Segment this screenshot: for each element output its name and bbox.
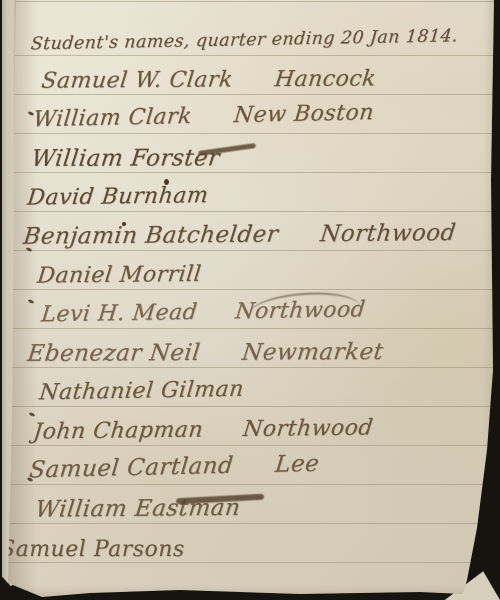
town-name: Northwood	[319, 220, 458, 247]
student-row: William Clark New Boston	[0, 88, 473, 133]
student-row: Samuel W. Clark Hancock	[0, 56, 474, 94]
student-row: Samuel Cartland Lee	[0, 438, 473, 484]
student-name: Samuel W. Clark	[40, 67, 234, 93]
manuscript-page: Student's names, quarter ending 20 Jan 1…	[0, 0, 500, 600]
town-name: Northwood	[242, 415, 375, 442]
student-row: William Forster	[0, 135, 474, 172]
student-row: Benjamin Batchelder Northwood	[0, 211, 474, 250]
town-name: Lee	[274, 451, 321, 478]
student-name: David Burnham	[26, 183, 210, 211]
student-name: Benjamin Batchelder	[22, 222, 280, 250]
town-name: Hancock	[273, 66, 377, 92]
student-name: Samuel Cartland	[28, 453, 235, 484]
student-name: Daniel Morrill	[36, 262, 203, 289]
student-name: John Chapman	[32, 417, 205, 444]
student-name: William Clark	[32, 104, 193, 132]
student-row: Levi H. Mead Northwood	[0, 286, 474, 328]
student-row: Daniel Morrill	[0, 249, 474, 289]
page-heading: Student's names, quarter ending 20 Jan 1…	[0, 7, 473, 55]
student-row: Ebenezar Neil Newmarket	[0, 330, 474, 367]
student-row: Nathaniel Gilman	[0, 363, 474, 406]
town-name: Newmarket	[241, 339, 385, 366]
student-name: Levi H. Mead	[40, 300, 199, 327]
ink-dot	[164, 179, 169, 185]
ink-dot	[122, 222, 126, 226]
town-name: New Boston	[233, 100, 376, 128]
student-name: Samuel Parsons	[0, 537, 185, 562]
student-row: David Burnham	[0, 169, 474, 211]
manuscript-photo: Student's names, quarter ending 20 Jan 1…	[0, 0, 500, 600]
student-name: Ebenezar Neil	[26, 340, 202, 367]
student-row: William Eastman	[0, 484, 474, 523]
student-name: Nathaniel Gilman	[38, 377, 245, 406]
student-name: William Forster	[30, 145, 221, 172]
student-row: Samuel Parsons	[0, 527, 470, 562]
